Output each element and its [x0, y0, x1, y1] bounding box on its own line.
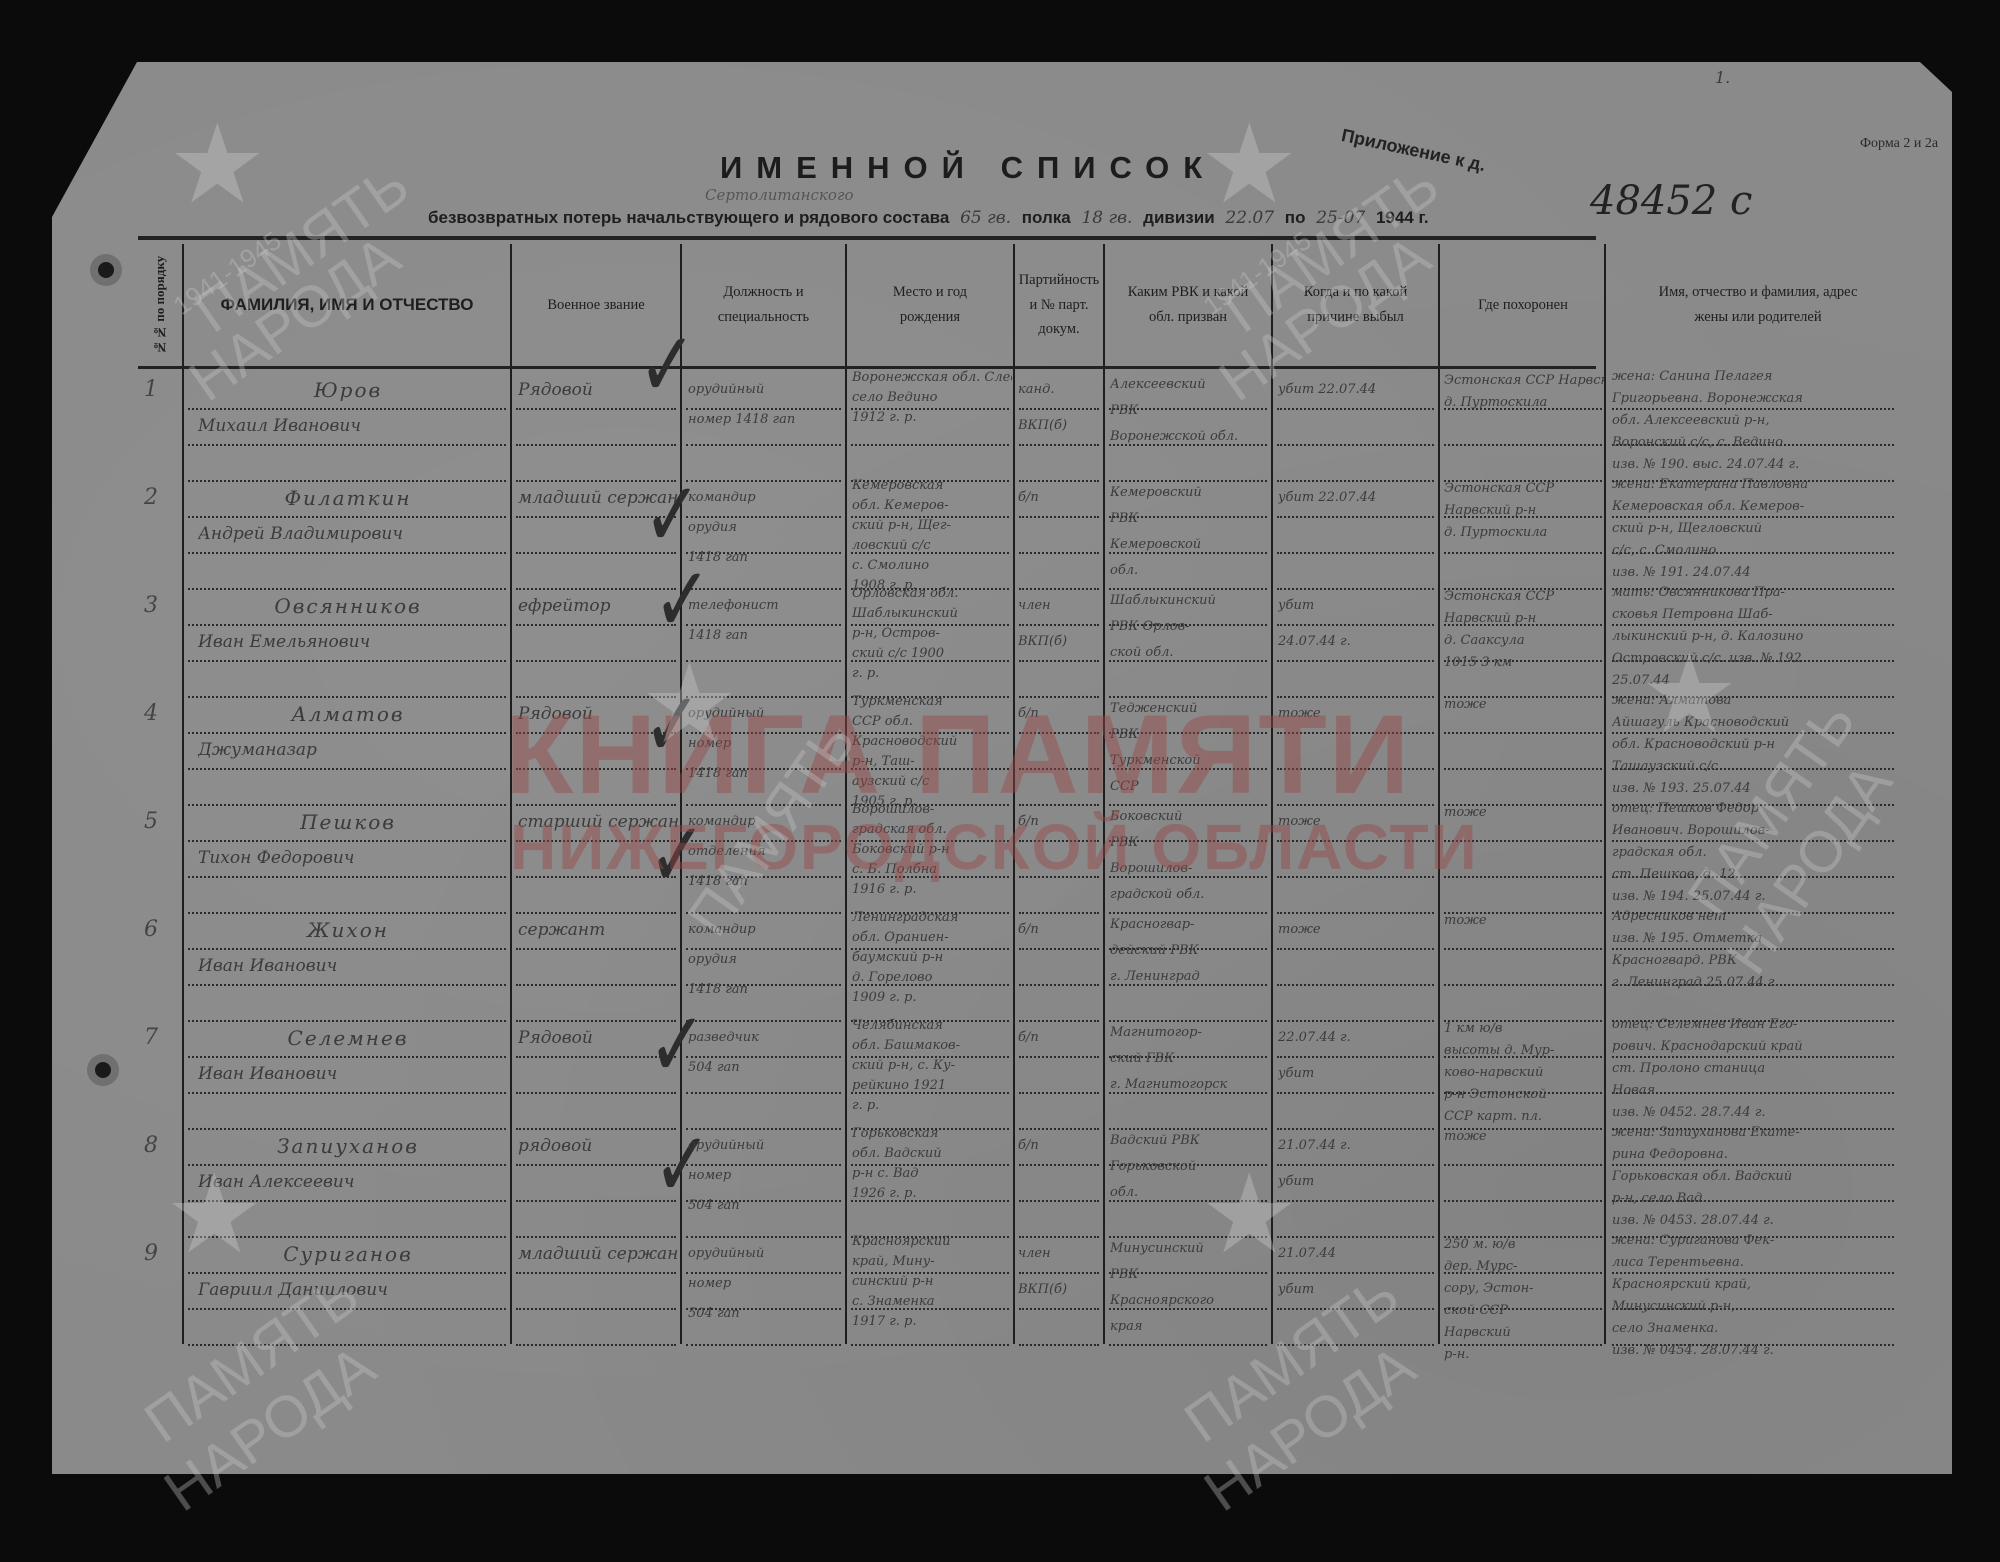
row-guide-line [1277, 1200, 1434, 1202]
birth-line: Челябинская [852, 1016, 1012, 1036]
given-names: Михаил Иванович [198, 408, 498, 444]
row-guide-line [188, 876, 506, 878]
row-guide-line [686, 444, 841, 446]
rvk-line: Красноярского [1110, 1288, 1270, 1314]
relatives-line: Красноярский край, [1612, 1274, 1912, 1296]
row-number: 1 [144, 372, 180, 408]
burial-line: д. Сааксула [1444, 630, 1604, 652]
row-guide-line [188, 768, 506, 770]
rvk-line: Шаблыкинский [1110, 588, 1270, 614]
position-line: 1418 гап [688, 540, 838, 576]
star-icon: ★ [168, 110, 267, 220]
burial-line: тоже [1444, 694, 1604, 716]
row-guide-line [516, 1164, 676, 1166]
row-guide-line [1019, 552, 1099, 554]
burial-line: тоже [1444, 1126, 1604, 1148]
burial-line: Эстонская ССР [1444, 478, 1604, 500]
birth-line: д. Горелово [852, 968, 1012, 988]
birth-line: село Ведино [852, 388, 1012, 408]
party-line: член [1018, 588, 1102, 624]
archive-number: 48452 с [1590, 178, 1752, 224]
rvk-line: Кемеровской [1110, 532, 1270, 558]
birth-line: обл. Башмаков- [852, 1036, 1012, 1056]
star-icon: ★ [1200, 110, 1299, 220]
row-guide-line [1444, 1200, 1602, 1202]
party-line: б/п [1018, 912, 1102, 948]
surname: Пешков [198, 804, 498, 840]
row-guide-line [188, 1092, 506, 1094]
birth-line: обл. Ораниен- [852, 928, 1012, 948]
birth-line: обл. Вадский [852, 1144, 1012, 1164]
birth-line: Воронежская обл. Слевенский р-н [852, 368, 1012, 388]
birth-line: с. Знаменка [852, 1292, 1012, 1312]
rvk-line: края [1110, 1314, 1270, 1340]
relatives-line: ст. Пролоно станица [1612, 1058, 1912, 1080]
row-guide-line [516, 1200, 676, 1202]
burial-line: 250 м. ю/в [1444, 1234, 1604, 1256]
header-birth: Место и год рождения [847, 244, 1013, 366]
party-line: канд. [1018, 372, 1102, 408]
reason-line: тоже [1278, 912, 1438, 948]
burial-line: 1 км ю/в [1444, 1018, 1604, 1040]
party-line: ВКП(б) [1018, 624, 1102, 660]
party-line: б/п [1018, 1020, 1102, 1056]
relatives-line: сковья Петровна Шаб- [1612, 604, 1912, 626]
row-guide-line [1277, 444, 1434, 446]
rvk-line: РВК Орлов- [1110, 614, 1270, 640]
position-line: 504 гап [688, 1050, 838, 1086]
party-line: б/п [1018, 1128, 1102, 1164]
birth-line: 1917 г. р. [852, 1312, 1012, 1332]
birth-line: г. р. [852, 664, 1012, 684]
star-icon: ★ [1640, 640, 1739, 750]
row-number: 6 [144, 912, 180, 948]
document-title: ИМЕННОЙ СПИСОК [720, 150, 1216, 186]
row-guide-line [1444, 948, 1602, 950]
military-rank: рядовой [518, 1128, 678, 1164]
rvk-line: РВК [1110, 506, 1270, 532]
relatives-line: с/с, с. Смолино [1612, 540, 1912, 562]
birth-line: ский р-н, Щег- [852, 516, 1012, 536]
rvk-line: г. Ленинград [1110, 964, 1270, 990]
relatives-line: Минусинский р-н, [1612, 1296, 1912, 1318]
burial-line: Нарвский [1444, 1322, 1604, 1344]
birth-line: баумский р-н [852, 948, 1012, 968]
page-mark: 1. [1715, 68, 1730, 87]
given-names: Тихон Федорович [198, 840, 498, 876]
burial-line: дер. Мурс- [1444, 1256, 1604, 1278]
military-rank: Рядовой [518, 1020, 678, 1056]
rvk-line: Вадский РВК [1110, 1128, 1270, 1154]
rvk-line: обл. [1110, 558, 1270, 584]
regiment-value: 65 гв. [960, 208, 1011, 228]
relatives-line: рина Федоровна. [1612, 1144, 1912, 1166]
relatives-line: изв. № 191. 24.07.44 [1612, 562, 1912, 584]
row-guide-line [1019, 1344, 1099, 1346]
rvk-line: Красногвар- [1110, 912, 1270, 938]
rvk-line: Магнитогор- [1110, 1020, 1270, 1046]
relatives-line: изв. № 190. выс. 24.07.44 г. [1612, 454, 1912, 476]
handwritten-unit-note: Сертолитанского [705, 186, 853, 204]
relatives-line: жена: Екатерина Павловна [1612, 474, 1912, 496]
party-line: ВКП(б) [1018, 408, 1102, 444]
row-guide-line [516, 984, 676, 986]
burial-line: 1015 3 км [1444, 652, 1604, 674]
birth-line: Шаблыкинский [852, 604, 1012, 624]
position-line: номер 1418 гап [688, 402, 838, 438]
burial-line: Эстонская ССР Нарвский р-н [1444, 370, 1604, 392]
birth-line: ловский с/с [852, 536, 1012, 556]
row-guide-line [1444, 552, 1602, 554]
row-guide-line [1019, 1308, 1099, 1310]
birth-line: Горьковская [852, 1124, 1012, 1144]
row-guide-line [1019, 660, 1099, 662]
rvk-line: Кемеровский [1110, 480, 1270, 506]
row-guide-line [516, 444, 676, 446]
binder-hole [95, 1062, 111, 1078]
burial-line: д. Пуртоскила [1444, 522, 1604, 544]
surname: Жихон [198, 912, 498, 948]
burial-line: ССР карт. пл. [1444, 1106, 1604, 1128]
relatives-line: Кемеровская обл. Кемеров- [1612, 496, 1912, 518]
birth-line: 1909 г. р. [852, 988, 1012, 1008]
row-guide-line [1277, 660, 1434, 662]
row-guide-line [1019, 1092, 1099, 1094]
row-guide-line [1444, 732, 1602, 734]
position-line: 504 гап [688, 1188, 838, 1224]
birth-line: рейкино 1921 [852, 1076, 1012, 1096]
relatives-line: Воронский с/с, с. Ведино [1612, 432, 1912, 454]
relatives-line: жена: Санина Пелагея [1612, 366, 1912, 388]
row-guide-line [188, 660, 506, 662]
rvk-line: ской обл. [1110, 640, 1270, 666]
rvk-line: г. Магнитогорск [1110, 1072, 1270, 1098]
row-guide-line [1019, 984, 1099, 986]
burial-line: ково-нарвский [1444, 1062, 1604, 1084]
military-rank: младший сержант [518, 1236, 678, 1272]
relatives-line: изв. № 0452. 28.7.44 г. [1612, 1102, 1912, 1124]
relatives-line: Григорьевна. Воронежская [1612, 388, 1912, 410]
row-guide-line [188, 444, 506, 446]
relatives-line: р-н, село Вад. [1612, 1188, 1912, 1210]
star-icon: ★ [1200, 1160, 1299, 1270]
row-guide-line [1277, 516, 1434, 518]
birth-line: 1912 г. р. [852, 408, 1012, 428]
rvk-line: Воронежской обл. [1110, 424, 1270, 450]
row-guide-line [1444, 768, 1602, 770]
row-guide-line [1277, 552, 1434, 554]
relatives-line: Новая [1612, 1080, 1912, 1102]
row-number: 4 [144, 696, 180, 732]
row-guide-line [516, 1272, 676, 1274]
row-guide-line [1019, 1164, 1099, 1166]
position-line: 1418 гап [688, 972, 838, 1008]
burial-line: Нарвский р-н [1444, 500, 1604, 522]
row-guide-line [516, 948, 676, 950]
birth-line: с. Смолино [852, 556, 1012, 576]
party-line: ВКП(б) [1018, 1272, 1102, 1308]
rvk-line: ский ГВК [1110, 1046, 1270, 1072]
birth-line: край, Мину- [852, 1252, 1012, 1272]
row-guide-line [1444, 444, 1602, 446]
reason-line: убит [1278, 588, 1438, 624]
birth-line: Ленинградская [852, 908, 1012, 928]
row-guide-line [1109, 1344, 1267, 1346]
relatives-line: мать: Овсянникова Пра- [1612, 582, 1912, 604]
rvk-line: градской обл. [1110, 882, 1270, 908]
birth-line: р-н с. Вад [852, 1164, 1012, 1184]
military-rank: ефрейтор [518, 588, 678, 624]
row-guide-line [1277, 984, 1434, 986]
reason-line: убит 22.07.44 [1278, 372, 1438, 408]
region-watermark: НИЖЕГОРОДСКОЙ ОБЛАСТИ [510, 810, 1479, 884]
row-guide-line [686, 1092, 841, 1094]
burial-line: Эстонская ССР [1444, 586, 1604, 608]
row-number: 7 [144, 1020, 180, 1056]
relatives-line: обл. Алексеевский р-н, [1612, 410, 1912, 432]
burial-line: д. Пуртоскила [1444, 392, 1604, 414]
col-divider [1604, 244, 1606, 1344]
given-names: Андрей Владимирович [198, 516, 498, 552]
header-buried: Где похоронен [1440, 244, 1606, 366]
birth-line: Кемеровская [852, 476, 1012, 496]
row-guide-line [1019, 1056, 1099, 1058]
relatives-line: лиса Терентьевна. [1612, 1252, 1912, 1274]
star-icon: ★ [165, 1160, 264, 1270]
row-guide-line [1019, 948, 1099, 950]
given-names: Иван Иванович [198, 1056, 498, 1092]
relatives-line: жена: Запиуханова Екате- [1612, 1122, 1912, 1144]
row-number: 3 [144, 588, 180, 624]
header-relatives: Имя, отчество и фамилия, адрес жены или … [1608, 244, 1908, 366]
row-guide-line [1444, 1164, 1602, 1166]
burial-line: сору, Эстон- [1444, 1278, 1604, 1300]
burial-line: ской ССР [1444, 1300, 1604, 1322]
division-value: 18 гв. [1081, 208, 1132, 228]
row-guide-line [516, 1308, 676, 1310]
burial-line: р-н Эстонской [1444, 1084, 1604, 1106]
burial-line: Нарвский р-н [1444, 608, 1604, 630]
reason-line: 21.07.44 [1278, 1236, 1438, 1272]
col-divider [1438, 244, 1440, 1344]
position-line: 504 гап [688, 1296, 838, 1332]
burial-line: тоже [1444, 910, 1604, 932]
party-line: б/п [1018, 480, 1102, 516]
row-guide-line [1019, 444, 1099, 446]
header-party: Партийность и № парт. докум. [1015, 244, 1103, 366]
reason-line: убит [1278, 1164, 1438, 1200]
reason-line: убит 22.07.44 [1278, 480, 1438, 516]
reason-line: 22.07.44 г. [1278, 1020, 1438, 1056]
row-number: 5 [144, 804, 180, 840]
surname: Филаткин [198, 480, 498, 516]
row-guide-line [188, 552, 506, 554]
row-guide-line [1277, 1092, 1434, 1094]
birth-line: г. р. [852, 1096, 1012, 1116]
binder-hole [98, 262, 114, 278]
given-names: Иван Емельянович [198, 624, 498, 660]
military-rank: Рядовой [518, 372, 678, 408]
birth-line: ский с/с 1900 [852, 644, 1012, 664]
surname: Алматов [198, 696, 498, 732]
row-guide-line [1277, 948, 1434, 950]
star-icon: ★ [640, 650, 739, 760]
relatives-line: изв. № 0454. 28.07.44 г. [1612, 1340, 1912, 1362]
burial-line: высоты д. Мур- [1444, 1040, 1604, 1062]
row-guide-line [686, 1344, 841, 1346]
military-rank: младший сержант [518, 480, 678, 516]
relatives-line: село Знаменка. [1612, 1318, 1912, 1340]
row-guide-line [516, 624, 676, 626]
reason-line: 21.07.44 г. [1278, 1128, 1438, 1164]
relatives-line: отец: Селемнев Иван Его- [1612, 1014, 1912, 1036]
birth-line: ский р-н, с. Ку- [852, 1056, 1012, 1076]
relatives-line: изв. № 0453. 28.07.44 г. [1612, 1210, 1912, 1232]
surname: Овсянников [198, 588, 498, 624]
row-number: 2 [144, 480, 180, 516]
surname: Селемнев [198, 1020, 498, 1056]
row-guide-line [516, 1344, 676, 1346]
row-guide-line [851, 1344, 1009, 1346]
row-guide-line [188, 984, 506, 986]
row-guide-line [851, 444, 1009, 446]
party-line: член [1018, 1236, 1102, 1272]
birth-line: синский р-н [852, 1272, 1012, 1292]
subtitle-prefix: безвозвратных потерь начальствующего и р… [428, 208, 949, 227]
birth-line: р-н, Остров- [852, 624, 1012, 644]
birth-line: 1926 г. р. [852, 1184, 1012, 1204]
rvk-line: дейский РВК [1110, 938, 1270, 964]
row-guide-line [1444, 984, 1602, 986]
reason-line: убит [1278, 1056, 1438, 1092]
burial-line: р-н. [1444, 1344, 1604, 1366]
birth-line: Красноярский [852, 1232, 1012, 1252]
relatives-line: рович. Краснодарский край [1612, 1036, 1912, 1058]
relatives-line: жена: Суриганова Фек- [1612, 1230, 1912, 1252]
row-guide-line [1277, 408, 1434, 410]
header-position: Должность и специальность [682, 244, 845, 366]
given-names: Иван Иванович [198, 948, 498, 984]
given-names: Джуманазар [198, 732, 498, 768]
regiment-label: полка [1022, 208, 1071, 227]
military-rank: сержант [518, 912, 678, 948]
birth-line: обл. Кемеров- [852, 496, 1012, 516]
reason-line: 24.07.44 г. [1278, 624, 1438, 660]
birth-line: Орловская обл. [852, 584, 1012, 604]
form-label: Форма 2 и 2а [1860, 136, 1938, 152]
row-guide-line [1019, 516, 1099, 518]
relatives-line: Горьковская обл. Вадский [1612, 1166, 1912, 1188]
row-guide-line [1019, 1200, 1099, 1202]
relatives-line: ский р-н, Щегловский [1612, 518, 1912, 540]
